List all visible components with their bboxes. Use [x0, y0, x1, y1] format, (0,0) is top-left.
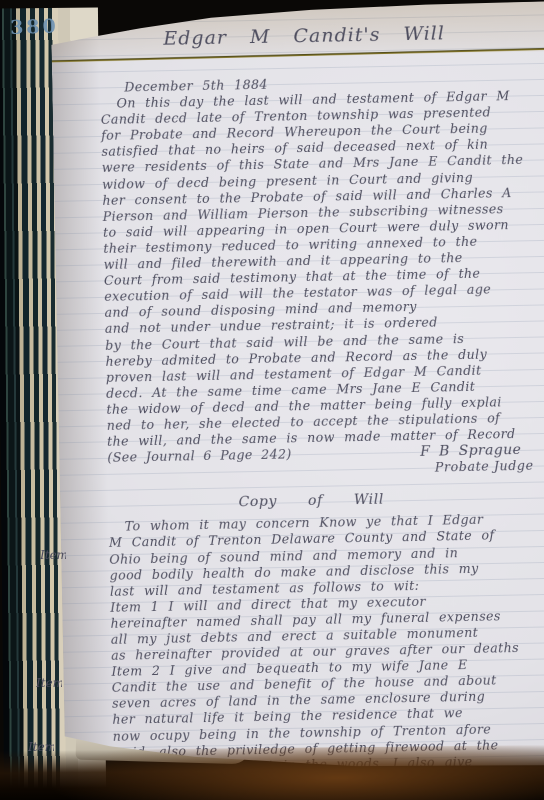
margin-item-note: Item [40, 548, 66, 562]
probate-record-text: On this day the last will and testament … [100, 87, 544, 450]
page-content: December 5th 1884 On this day the last w… [100, 71, 544, 776]
copy-of-will-heading: Copy of Will [108, 489, 544, 515]
page-number-left: 380 [10, 15, 59, 39]
will-text: To whom it may concern Know ye that I Ed… [109, 511, 544, 777]
ledger-page: 382 Edgar M Candit's Will December 5th 1… [51, 0, 544, 775]
margin-item-note: Item [36, 676, 62, 690]
judge-signature: F B Sprague [420, 442, 521, 460]
book-bottom-edge [0, 745, 544, 800]
